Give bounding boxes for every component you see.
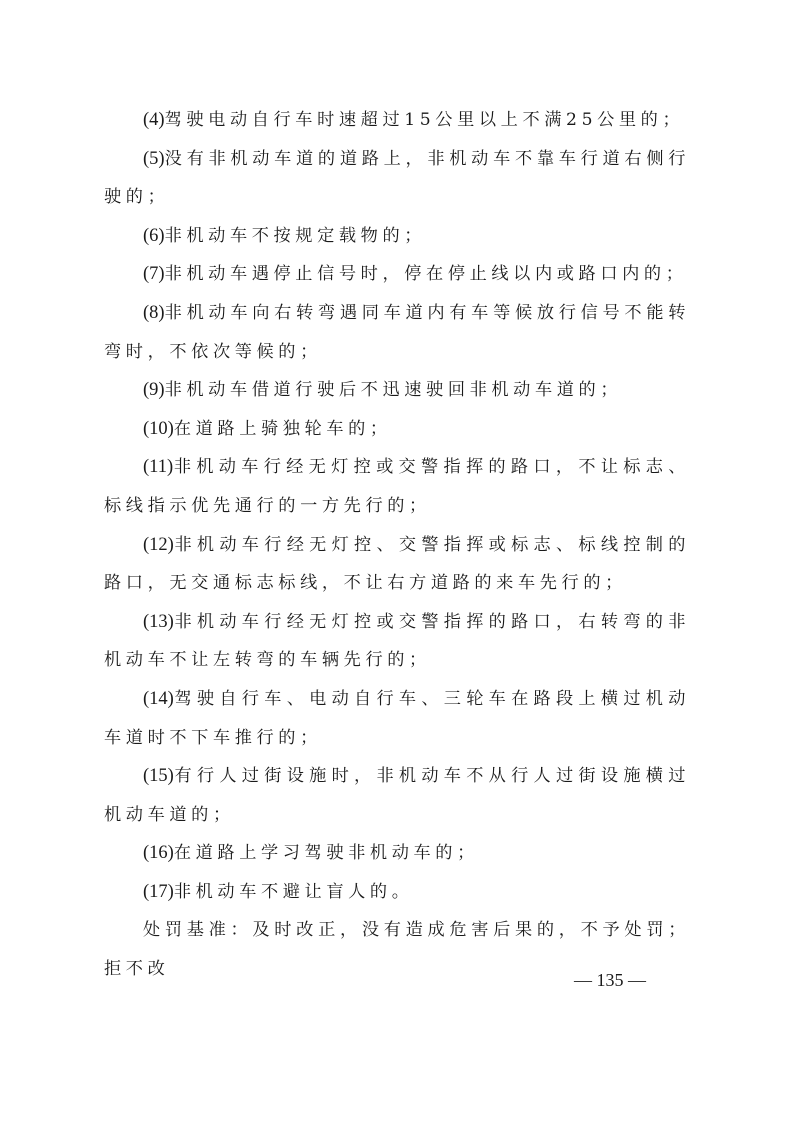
list-item-14: (14)驾驶自行车、电动自行车、三轮车在路段上横过机动车道时不下车推行的； (104, 680, 690, 757)
list-item-8: (8)非机动车向右转弯遇同车道内有车等候放行信号不能转弯时，不依次等候的； (104, 294, 690, 371)
item-number: (5) (143, 149, 165, 169)
item-number: (4) (143, 110, 165, 130)
item-number: (17) (143, 882, 174, 902)
item-text: 非机动车不按规定载物的； (165, 226, 426, 246)
item-number: (9) (143, 380, 165, 400)
item-text: 非机动车行经无灯控、交警指挥或标志、标线控制的路口，无交通标志标线，不让右方道路… (104, 535, 690, 594)
list-item-9: (9)非机动车借道行驶后不迅速驶回非机动车道的； (104, 371, 690, 410)
list-item-6: (6)非机动车不按规定载物的； (104, 217, 690, 256)
item-text: 有行人过街设施时，非机动车不从行人过街设施横过机动车道的； (104, 766, 690, 825)
item-number: (10) (143, 419, 174, 439)
item-number: (6) (143, 226, 165, 246)
item-text: 非机动车不避让盲人的。 (174, 882, 414, 902)
list-item-15: (15)有行人过街设施时，非机动车不从行人过街设施横过机动车道的； (104, 757, 690, 834)
item-text: 非机动车行经无灯控或交警指挥的路口，不让标志、标线指示优先通行的一方先行的； (104, 457, 690, 516)
item-number: (7) (143, 264, 165, 284)
item-text: 驾驶自行车、电动自行车、三轮车在路段上横过机动车道时不下车推行的； (104, 689, 690, 748)
item-text: 非机动车行经无灯控或交警指挥的路口，右转弯的非机动车不让左转弯的车辆先行的； (104, 612, 690, 671)
list-item-5: (5)没有非机动车道的道路上，非机动车不靠车行道右侧行驶的； (104, 140, 690, 217)
item-text: 没有非机动车道的道路上，非机动车不靠车行道右侧行驶的； (104, 149, 690, 208)
item-number: (13) (143, 612, 174, 632)
item-text: 非机动车借道行驶后不迅速驶回非机动车道的； (165, 380, 623, 400)
list-item-11: (11)非机动车行经无灯控或交警指挥的路口，不让标志、标线指示优先通行的一方先行… (104, 448, 690, 525)
document-page: (4)驾驶电动自行车时速超过15公里以上不满25公里的； (5)没有非机动车道的… (0, 0, 793, 1122)
list-item-13: (13)非机动车行经无灯控或交警指挥的路口，右转弯的非机动车不让左转弯的车辆先行… (104, 603, 690, 680)
list-item-7: (7)非机动车遇停止信号时，停在停止线以内或路口内的； (104, 255, 690, 294)
item-text: 非机动车遇停止信号时，停在停止线以内或路口内的； (165, 264, 688, 284)
item-number: (12) (143, 535, 174, 555)
item-number: (14) (143, 689, 174, 709)
item-text: 非机动车向右转弯遇同车道内有车等候放行信号不能转弯时，不依次等候的； (104, 303, 690, 362)
list-item-12: (12)非机动车行经无灯控、交警指挥或标志、标线控制的路口，无交通标志标线，不让… (104, 526, 690, 603)
document-body: (4)驾驶电动自行车时速超过15公里以上不满25公里的； (5)没有非机动车道的… (104, 101, 690, 989)
item-number: (15) (143, 766, 174, 786)
item-text: 在道路上骑独轮车的； (174, 419, 392, 439)
list-item-10: (10)在道路上骑独轮车的； (104, 410, 690, 449)
item-number: (8) (143, 303, 165, 323)
item-text: 在道路上学习驾驶非机动车的； (174, 843, 479, 863)
list-item-4: (4)驾驶电动自行车时速超过15公里以上不满25公里的； (104, 101, 690, 140)
item-number: (11) (143, 457, 173, 477)
page-number: — 135 — (560, 970, 660, 991)
item-text: 驾驶电动自行车时速超过15公里以上不满25公里的； (165, 110, 685, 130)
list-item-17: (17)非机动车不避让盲人的。 (104, 873, 690, 912)
item-number: (16) (143, 843, 174, 863)
list-item-16: (16)在道路上学习驾驶非机动车的； (104, 834, 690, 873)
